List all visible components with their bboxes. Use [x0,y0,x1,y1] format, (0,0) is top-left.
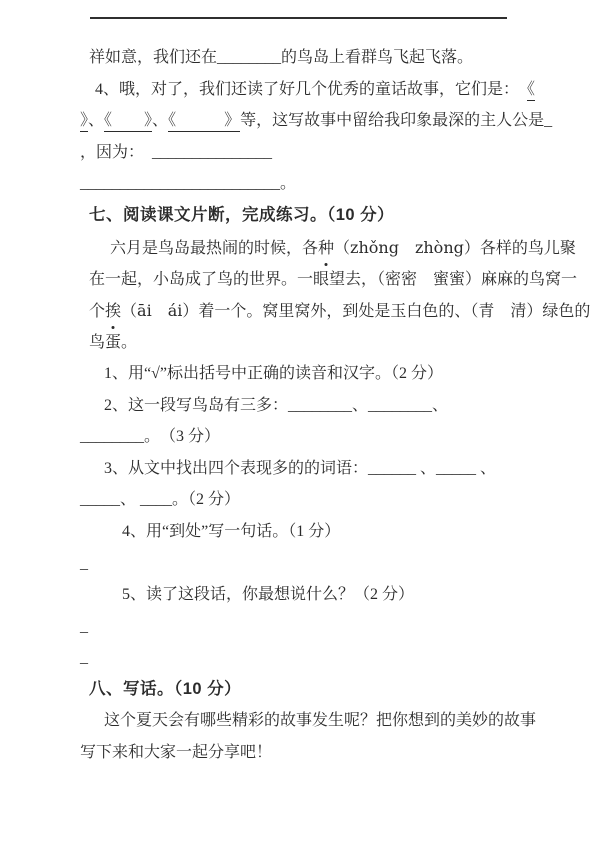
text-segment: ________。 （3 分） [80,428,220,445]
sub-question-5: 5、读了这段话，你最想说什么？（2 分） [122,579,509,611]
question4-line3: ，因为： _______________ [80,137,509,169]
answer-line-mark: _ [80,649,88,666]
text-segment: 祥如意，我们还在________的鸟岛上看群鸟飞起飞落。 [89,49,473,66]
sub-question-3-line2: _____、 ____。（2 分） [80,484,509,516]
worksheet-page: 祥如意，我们还在________的鸟岛上看群鸟飞起飞落。 4、哦，对了，我们还读… [0,0,596,842]
text-segment: _____、 ____。（2 分） [80,491,240,508]
section7-heading: 七、阅读课文片断，完成练习。（10 分） [89,200,509,232]
sub-question-2-line2: ________。 （3 分） [80,421,509,453]
section8-heading: 八、写话。（10 分） [89,674,509,706]
text-segment: 4、用“到处”写一句话。（1 分） [122,523,340,540]
question4-line1: 4、哦，对了，我们还读了好几个优秀的童话故事，它们是： 《 [95,74,509,106]
answer-line-mark: _ [80,555,88,572]
page-content: 祥如意，我们还在________的鸟岛上看群鸟飞起飞落。 4、哦，对了，我们还读… [89,42,509,769]
book-title-blank: 《 》 [104,112,152,132]
text-segment: 六月是鸟岛最热闹的时候，各 [110,238,318,257]
book-title-blank: 》 [80,112,88,132]
text-segment: 2、这一段写鸟岛有三多：________、________、 [104,397,448,414]
emphasis-marked-char: 挨 [105,295,121,327]
text-segment: 、 [88,112,104,129]
writing-prompt-line1: 这个夏天会有哪些精彩的故事发生呢？把你想到的美妙的故事 [104,705,509,737]
emphasis-marked-char: 种 [318,232,334,264]
answer-line-mark-2: _ [80,611,509,643]
book-title-blank: 《 [527,81,535,101]
passage-line4: 鸟蛋。 [89,326,509,358]
text-segment: ，因为： _______________ [80,144,272,161]
answer-line-mark-3: _ [80,642,509,674]
text-segment: 5、读了这段话，你最想说什么？（2 分） [122,586,414,603]
text-segment: 等，这写故事中留给我印象最深的主人公是 [240,112,544,129]
question4-line2: 》、《 》、《 》等，这写故事中留给我印象最深的主人公是_ [80,105,509,137]
passage-line2: 在一起，小岛成了鸟的世界。一眼望去，（密密 蜜蜜）麻麻的鸟窝一 [89,263,509,295]
header-rule [90,17,507,19]
text-segment: 3、从文中找出四个表现多的的词语：______ 、_____ 、 [104,460,496,477]
answer-line-mark: _ [544,112,552,129]
text-segment: 写下来和大家一起分享吧！ [80,744,272,761]
text-segment: 这个夏天会有哪些精彩的故事发生呢？把你想到的美妙的故事 [104,712,536,729]
text-segment: 在一起，小岛成了鸟的世界。一眼望去，（密密 蜜蜜）麻麻的鸟窝一 [89,269,577,288]
answer-blank: _________________________ [80,175,280,192]
text-segment: 1、用“√”标出括号中正确的读音和汉字。（2 分） [104,365,443,382]
text-segment: 个 [89,301,105,320]
passage-line1: 六月是鸟岛最热闹的时候，各种（zhǒng zhòng）各样的鸟儿聚 [110,232,509,264]
sub-question-1: 1、用“√”标出括号中正确的读音和汉字。（2 分） [104,358,509,390]
text-segment: 。 [280,175,296,192]
text-segment: 、 [152,112,168,129]
answer-line-mark: _ [80,618,88,635]
sub-question-2-line1: 2、这一段写鸟岛有三多：________、________、 [104,390,509,422]
sub-question-3-line1: 3、从文中找出四个表现多的的词语：______ 、_____ 、 [104,453,509,485]
passage-line3: 个挨（āi ái）着一个。窝里窝外，到处是玉白色的、（青 清）绿色的 [89,295,509,327]
question4-line4: _________________________。 [80,168,509,200]
heading-text: 八、写话。（10 分） [89,680,241,698]
continued-line: 祥如意，我们还在________的鸟岛上看群鸟飞起飞落。 [89,42,509,74]
writing-prompt-line2: 写下来和大家一起分享吧！ [80,737,509,769]
sub-question-4: 4、用“到处”写一句话。（1 分） [122,516,509,548]
answer-line-mark-1: _ [80,548,509,580]
text-segment: 鸟蛋。 [89,332,137,351]
heading-text: 七、阅读课文片断，完成练习。（10 分） [89,206,394,224]
text-segment: 4、哦，对了，我们还读了好几个优秀的童话故事，它们是： [95,81,527,98]
book-title-blank: 《 》 [168,112,240,132]
text-segment: （zhǒng zhòng）各样的鸟儿聚 [334,238,576,257]
text-segment: （āi ái）着一个。窝里窝外，到处是玉白色的、（青 清）绿色的 [121,301,590,320]
